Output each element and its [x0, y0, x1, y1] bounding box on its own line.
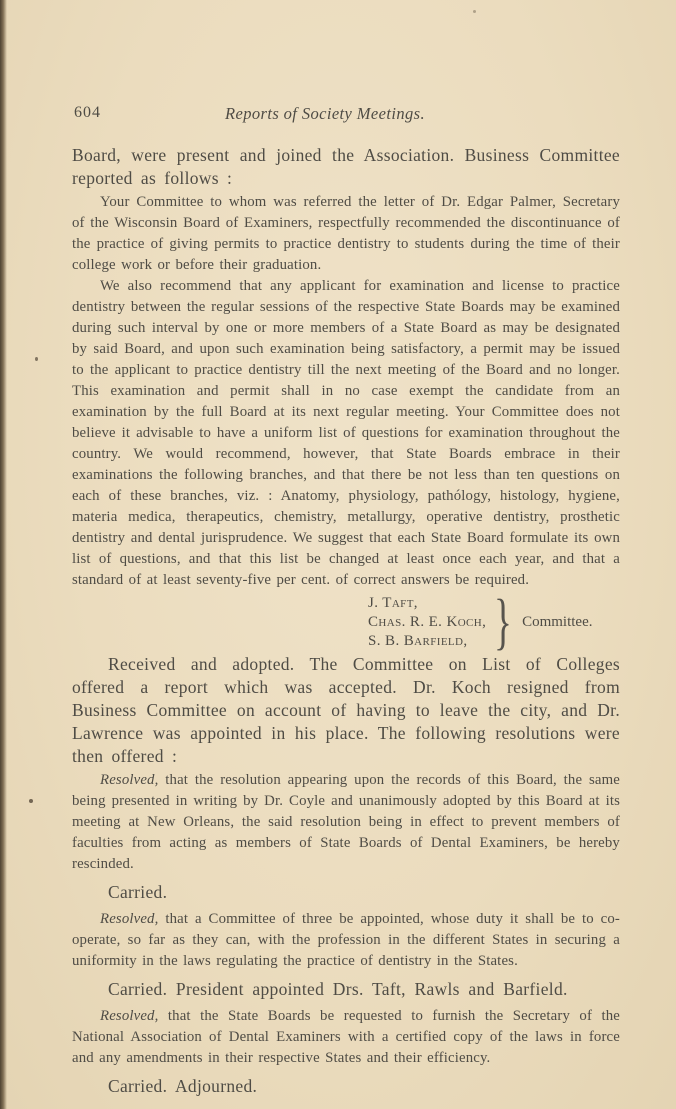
- resolved-lead: Resolved,: [100, 911, 158, 927]
- signature-name: J. Taft,: [368, 594, 486, 613]
- page-body-text: Board, were present and joined the Assoc…: [72, 144, 620, 1103]
- intro-paragraph: Board, were present and joined the Assoc…: [72, 144, 620, 190]
- resolution-paragraph: Resolved, that the State Boards be reque…: [72, 1006, 620, 1069]
- committee-report-paragraph: Your Committee to whom was referred the …: [72, 192, 620, 276]
- signature-name: S. B. Barfield,: [368, 632, 486, 651]
- resolved-lead: Resolved,: [100, 1008, 158, 1024]
- signature-name: Chas. R. E. Koch,: [368, 613, 486, 632]
- page-header: 604 Reports of Society Meetings.: [0, 104, 676, 128]
- signature-names: J. Taft, Chas. R. E. Koch, S. B. Barfiel…: [368, 594, 486, 651]
- resolution-paragraph: Resolved, that the resolution appearing …: [72, 770, 620, 875]
- brace-glyph: }: [494, 594, 512, 651]
- received-paragraph: Received and adopted. The Committee on L…: [72, 653, 620, 768]
- resolution-paragraph: Resolved, that a Committee of three be a…: [72, 909, 620, 972]
- scan-speck: [473, 10, 476, 13]
- carried-line: Carried. President appointed Drs. Taft, …: [108, 978, 620, 1001]
- running-title: Reports of Society Meetings.: [225, 104, 425, 124]
- scan-gutter-shadow: [0, 0, 7, 1109]
- resolved-lead: Resolved,: [100, 772, 158, 788]
- carried-line: Carried. Adjourned.: [108, 1075, 620, 1098]
- carried-line: Carried.: [108, 881, 620, 904]
- scan-speck: [35, 357, 38, 361]
- scan-speck: [29, 799, 33, 803]
- committee-signature-block: J. Taft, Chas. R. E. Koch, S. B. Barfiel…: [368, 594, 620, 651]
- signature-label: Committee.: [522, 614, 592, 631]
- scanned-book-page: { "page": { "number": "604", "running_ti…: [0, 0, 676, 1109]
- committee-report-paragraph: We also recommend that any applicant for…: [72, 276, 620, 591]
- page-number: 604: [74, 104, 101, 122]
